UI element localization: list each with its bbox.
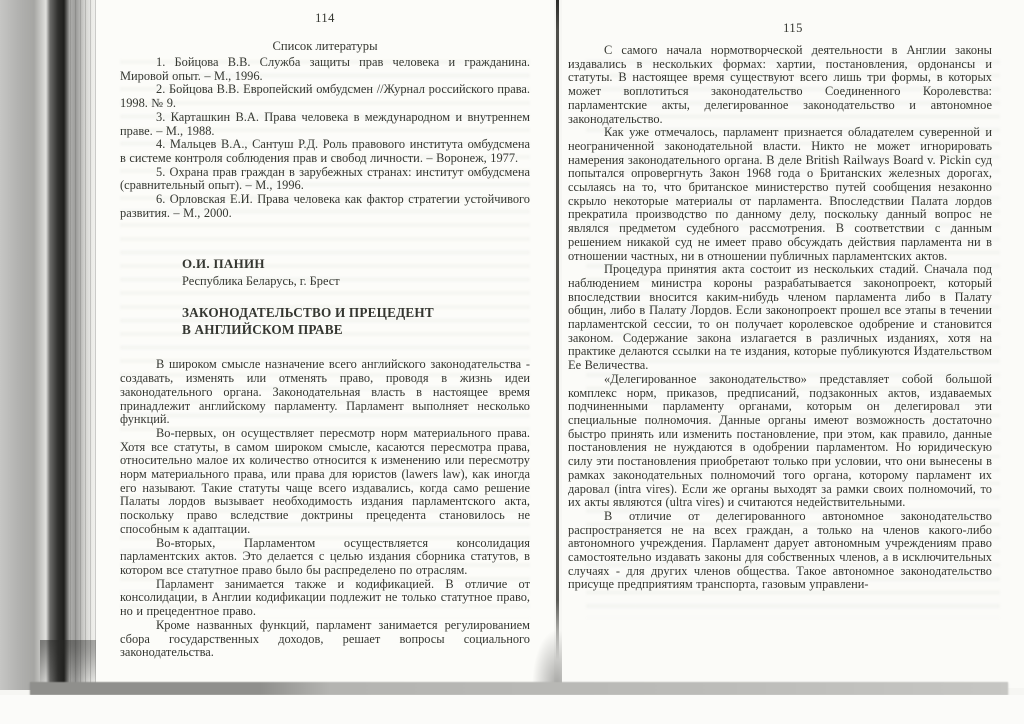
- paragraph: Парламент занимается также и кодификацие…: [120, 578, 530, 619]
- left-page-body: В широком смысле назначение всего англий…: [120, 358, 530, 659]
- article-title: ЗАКОНОДАТЕЛЬСТВО И ПРЕЦЕДЕНТ В АНГЛИЙСКО…: [182, 305, 530, 338]
- page-number-left: 114: [96, 11, 554, 26]
- left-page: 114 Список литературы 1. Бойцова В.В. Сл…: [96, 0, 554, 688]
- bibliography-entry: 6. Орловская Е.И. Права человека как фак…: [120, 193, 530, 220]
- bibliography-entry: 2. Бойцова В.В. Европейский омбудсмен //…: [120, 83, 530, 110]
- paragraph: В отличие от делегированного автономное …: [568, 510, 992, 592]
- bibliography-entry: 5. Охрана прав граждан в зарубежных стра…: [120, 166, 530, 193]
- page-number-right: 115: [562, 21, 1024, 36]
- bibliography-heading: Список литературы: [120, 39, 530, 54]
- paragraph: С самого начала нормотворческой деятельн…: [568, 44, 992, 126]
- article-title-line2: В АНГЛИЙСКОМ ПРАВЕ: [182, 322, 530, 339]
- right-page: 115 С самого начала нормотворческой деят…: [562, 0, 1024, 688]
- paragraph: Во-первых, он осуществляет пересмотр нор…: [120, 427, 530, 537]
- paragraph: Как уже отмечалось, парламент признается…: [568, 126, 992, 263]
- paragraph: В широком смысле назначение всего англий…: [120, 358, 530, 427]
- article-title-line1: ЗАКОНОДАТЕЛЬСТВО И ПРЕЦЕДЕНТ: [182, 305, 530, 322]
- bibliography-entry: 3. Карташкин В.А. Права человека в между…: [120, 111, 530, 138]
- bibliography-entry: 4. Мальцев В.А., Сантуш Р.Д. Роль правов…: [120, 138, 530, 165]
- scanned-book-spread: 114 Список литературы 1. Бойцова В.В. Сл…: [0, 0, 1024, 724]
- author-name: О.И. ПАНИН: [182, 256, 530, 272]
- book-spine-edge: [0, 0, 100, 690]
- paragraph: Во-вторых, Парламентом осуществляется ко…: [120, 537, 530, 578]
- bibliography-list: 1. Бойцова В.В. Служба защиты прав челов…: [120, 56, 530, 220]
- author-affiliation: Республика Беларусь, г. Брест: [182, 274, 530, 289]
- paragraph: «Делегированное законодательство» предст…: [568, 373, 992, 510]
- paragraph: Процедура принятия акта состоит из неско…: [568, 263, 992, 373]
- author-block: О.И. ПАНИН Республика Беларусь, г. Брест: [182, 256, 530, 289]
- right-page-body: С самого начала нормотворческой деятельн…: [568, 44, 992, 592]
- paragraph: Кроме названных функций, парламент заним…: [120, 619, 530, 660]
- page-bottom-edge: [30, 682, 1008, 695]
- scanner-background: [0, 695, 1024, 724]
- bibliography-entry: 1. Бойцова В.В. Служба защиты прав челов…: [120, 56, 530, 83]
